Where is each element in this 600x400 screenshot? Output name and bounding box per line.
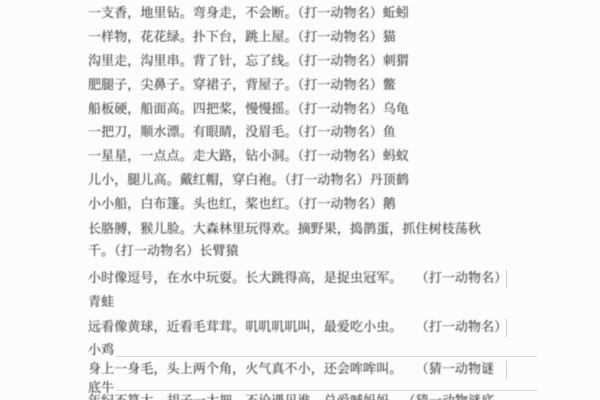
table-cell-border: [506, 361, 507, 379]
riddle-line-4: 肥腿子，尖鼻子。穿裙子，背屋子。（打一动物名）鳖: [88, 77, 396, 92]
table-cell-border: [116, 356, 537, 357]
riddle-line-1: 一支香，地里钻。弯身走，不会断。（打一动物名）蚯蚓: [88, 5, 409, 20]
riddle-line-5: 船板硬，船面高。四把桨，慢慢摇。（打一动物名）乌龟: [88, 101, 409, 116]
table-cell-border: [506, 319, 507, 337]
table-cell-border: [506, 270, 507, 288]
riddle-line-14: 远看像黄球，近看毛茸茸。叽叽叽叽叫，最爱吃小虫。 （打一动物名）: [88, 319, 507, 334]
riddle-line-10: 长胳膊，猴儿脸。大森林里玩得欢。摘野果，捣鹊蛋，抓住树枝荡秋: [88, 221, 481, 236]
riddle-line-16: 身上一身毛，头上两个角，火气真不小，还会哞哞叫。 （猜一动物谜: [88, 361, 494, 376]
riddle-line-3: 沟里走，沟里串。背了针，忘了线。（打一动物名）刺猬: [88, 53, 409, 68]
riddle-line-12: 小时像逗号，在水中玩耍。长大跳得高，是捉虫冠军。 （打一动物名）: [88, 270, 507, 285]
table-cell-border: [116, 390, 537, 391]
riddle-answer-chick: 小鸡: [88, 342, 114, 357]
riddle-line-partial: 年纪不算大，胡子一大把，不论遇见谁，总爱喊妈妈。 （猜一动物谜底: [88, 393, 494, 400]
riddle-line-9: 小小船，白布篷。头也红，桨也红。（打一动物名）鹅: [88, 196, 396, 211]
riddle-list: 一支香，地里钻。弯身走，不会断。（打一动物名）蚯蚓 一样物，花花绿。扑下台，跳上…: [0, 0, 600, 400]
riddle-line-7: 一星星，一点点。走大路，钻小洞。（打一动物名）蚂蚁: [88, 148, 409, 163]
riddle-line-6: 一把刀，顺水漂。有眼睛，没眉毛。（打一动物名）鱼: [88, 124, 396, 139]
document-page: 一支香，地里钻。弯身走，不会断。（打一动物名）蚯蚓 一样物，花花绿。扑下台，跳上…: [0, 0, 600, 400]
riddle-line-11: 千。（打一动物名）长臂猿: [88, 243, 239, 258]
riddle-line-2: 一样物，花花绿。扑下台，跳上屋。（打一动物名）猫: [88, 29, 396, 44]
riddle-line-8: 儿小，腿儿高。戴红帽，穿白袍。（打一动物名）丹顶鹤: [88, 172, 409, 187]
riddle-answer-frog: 青蛙: [88, 294, 114, 309]
